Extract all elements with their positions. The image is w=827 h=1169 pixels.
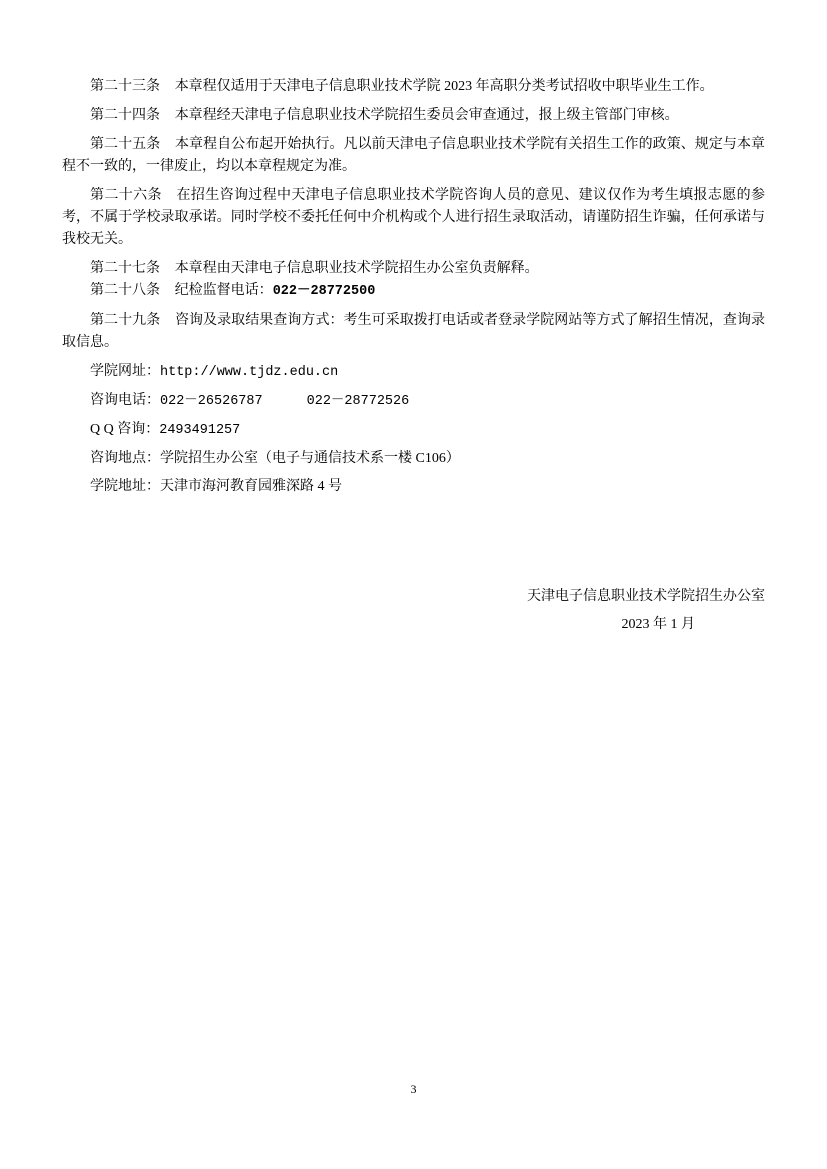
article-23-paragraph: 第二十三条本章程仅适用于天津电子信息职业技术学院 2023 年高职分类考试招收中…	[62, 76, 765, 98]
signature-date: 2023 年 1 月	[62, 614, 695, 636]
article-29-paragraph: 第二十九条咨询及录取结果查询方式：考生可采取拨打电话或者登录学院网站等方式了解招…	[62, 310, 765, 354]
signature-organization: 天津电子信息职业技术学院招生办公室	[62, 586, 765, 608]
website-label: 学院网址：	[90, 364, 160, 379]
website-url: http://www.tjdz.edu.cn	[160, 365, 338, 380]
article-26-number: 第二十六条	[90, 188, 162, 203]
article-23-text: 本章程仅适用于天津电子信息职业技术学院 2023 年高职分类考试招收中职毕业生工…	[175, 79, 714, 94]
college-address-label: 学院地址：	[90, 479, 160, 494]
supervision-phone-number: 022－28772500	[273, 284, 376, 299]
article-23-number: 第二十三条	[90, 79, 160, 94]
article-26-text: 在招生咨询过程中天津电子信息职业技术学院咨询人员的意见、建议仅作为考生填报志愿的…	[62, 188, 765, 247]
consult-phone-label: 咨询电话：	[90, 393, 160, 408]
article-25-number: 第二十五条	[90, 137, 160, 152]
consult-location-label: 咨询地点：	[90, 451, 160, 466]
qq-line: Q Q 咨询：2493491257	[62, 419, 765, 442]
article-28-number: 第二十八条	[90, 283, 160, 298]
article-25-paragraph: 第二十五条本章程自公布起开始执行。凡以前天津电子信息职业技术学院有关招生工作的政…	[62, 134, 765, 178]
consult-phone-number-2: 022－28772526	[307, 394, 410, 409]
website-line: 学院网址：http://www.tjdz.edu.cn	[62, 361, 765, 384]
article-24-paragraph: 第二十四条本章程经天津电子信息职业技术学院招生委员会审查通过，报上级主管部门审核…	[62, 105, 765, 127]
qq-number: 2493491257	[159, 423, 240, 438]
article-25-text: 本章程自公布起开始执行。凡以前天津电子信息职业技术学院有关招生工作的政策、规定与…	[62, 137, 765, 174]
page-number: 3	[0, 1082, 827, 1096]
document-content: 第二十三条本章程仅适用于天津电子信息职业技术学院 2023 年高职分类考试招收中…	[62, 76, 765, 636]
article-24-number: 第二十四条	[90, 108, 160, 123]
article-28-text: 纪检监督电话：	[175, 283, 273, 298]
signature-block: 天津电子信息职业技术学院招生办公室 2023 年 1 月	[62, 586, 765, 636]
article-28-paragraph: 第二十八条纪检监督电话：022－28772500	[62, 280, 765, 303]
consult-location-value: 学院招生办公室（电子与通信技术系一楼 C106）	[160, 451, 460, 466]
article-26-paragraph: 第二十六条在招生咨询过程中天津电子信息职业技术学院咨询人员的意见、建议仅作为考生…	[62, 185, 765, 251]
article-24-text: 本章程经天津电子信息职业技术学院招生委员会审查通过，报上级主管部门审核。	[175, 108, 679, 123]
article-29-text: 咨询及录取结果查询方式：考生可采取拨打电话或者登录学院网站等方式了解招生情况，查…	[62, 313, 765, 350]
article-27-number: 第二十七条	[90, 261, 160, 276]
article-29-number: 第二十九条	[90, 313, 160, 328]
consult-phone-number-1: 022－26526787	[160, 394, 263, 409]
article-27-paragraph: 第二十七条本章程由天津电子信息职业技术学院招生办公室负责解释。	[62, 258, 765, 280]
document-page: 第二十三条本章程仅适用于天津电子信息职业技术学院 2023 年高职分类考试招收中…	[0, 0, 827, 1169]
college-address-value: 天津市海河教育园雅深路 4 号	[160, 479, 342, 494]
qq-label: Q Q 咨询：	[90, 422, 159, 437]
consult-location-line: 咨询地点：学院招生办公室（电子与通信技术系一楼 C106）	[62, 448, 765, 470]
consult-phone-line: 咨询电话：022－26526787022－28772526	[62, 390, 765, 413]
article-27-text: 本章程由天津电子信息职业技术学院招生办公室负责解释。	[175, 261, 539, 276]
college-address-line: 学院地址：天津市海河教育园雅深路 4 号	[62, 476, 765, 498]
